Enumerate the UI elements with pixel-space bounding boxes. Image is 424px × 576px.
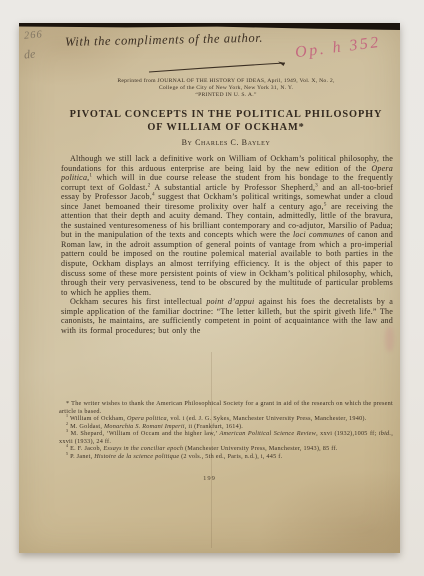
reprint-imprint: Reprinted from JOURNAL OF THE HISTORY OF… (59, 78, 393, 99)
footnote: 1 William of Ockham, Opera politica, vol… (59, 415, 393, 423)
paper-top-edge (19, 23, 400, 30)
footnotes-block: * The writer wishes to thank the America… (59, 400, 393, 476)
body-paragraph: Ockham secures his first intellectual po… (61, 297, 393, 335)
article-title-line-1: PIVOTAL CONCEPTS IN THE POLITICAL PHILOS… (49, 109, 403, 122)
byline: By Charles C. Bayley (49, 138, 403, 147)
pamphlet-cover: 266 de With the compliments of the autho… (19, 23, 400, 553)
handwritten-catalog-number: 266 (24, 29, 44, 42)
footnote: 3 M. Shepard, ‘William of Occam and the … (59, 430, 393, 445)
page-number: 199 (19, 475, 400, 482)
footnote: 5 P. Janet, Histoire de la science polit… (59, 453, 393, 461)
footnote: 2 M. Goldast, Monarchia S. Romani Imperi… (59, 423, 393, 431)
article-title-line-2: OF WILLIAM OF OCKHAM* (49, 122, 403, 135)
hand-drawn-arrow-icon (147, 58, 299, 76)
footnote: 4 E. F. Jacob, Essays in the conciliar e… (59, 445, 393, 453)
body-paragraph: Although we still lack a definitive work… (61, 154, 393, 297)
imprint-line-3: “PRINTED IN U. S. A.” (59, 92, 393, 99)
imprint-line-1: Reprinted from JOURNAL OF THE HISTORY OF… (59, 78, 393, 85)
photo-background: 266 de With the compliments of the autho… (0, 0, 424, 576)
handwritten-catalog-letters: de (23, 46, 36, 62)
imprint-line-2: College of the City of New York, New Yor… (59, 85, 393, 92)
article-body: Although we still lack a definitive work… (61, 154, 393, 400)
footnote: * The writer wishes to thank the America… (59, 400, 393, 415)
article-title: PIVOTAL CONCEPTS IN THE POLITICAL PHILOS… (49, 109, 403, 134)
